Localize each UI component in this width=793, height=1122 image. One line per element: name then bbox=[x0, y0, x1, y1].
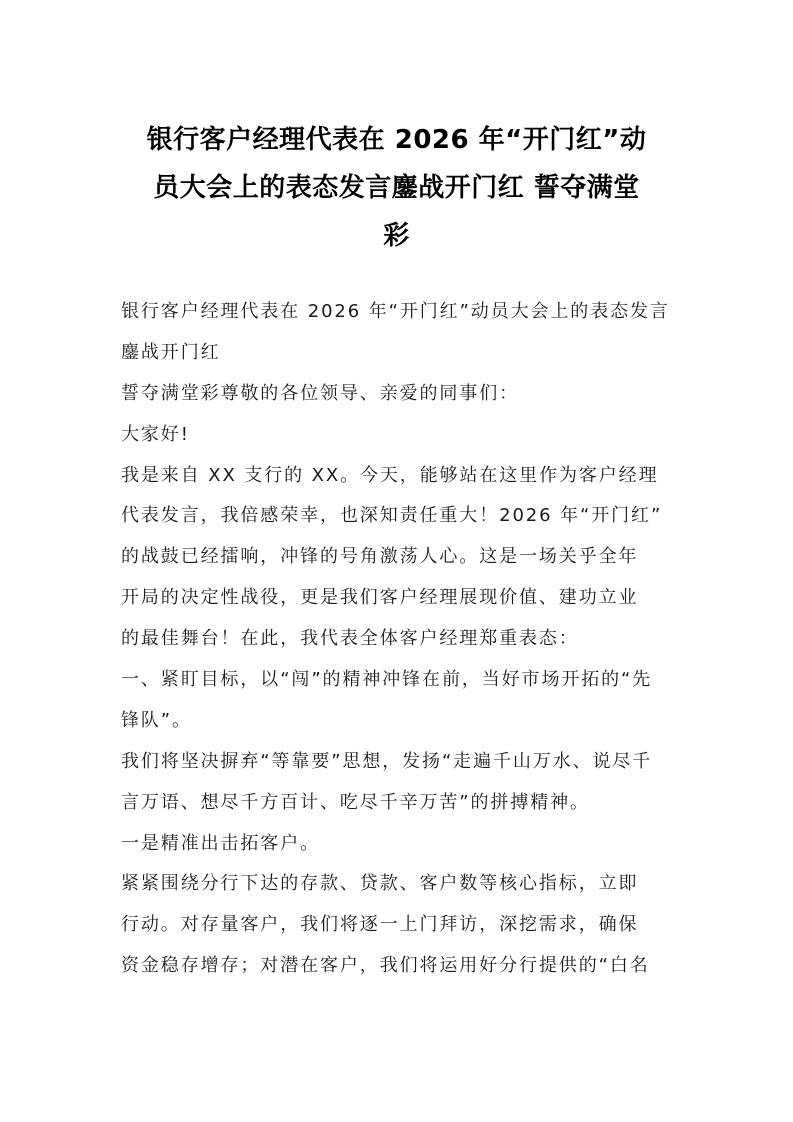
body-line: 代表发言，我倍感荣幸，也深知责任重大！2026 年“开门红” bbox=[121, 496, 681, 537]
body-line: 鏖战开门红 bbox=[121, 333, 681, 374]
body-line: 的最佳舞台！在此，我代表全体客户经理郑重表态： bbox=[121, 619, 681, 660]
body-line: 我们将坚决摒弃“等靠要”思想，发扬“走遍千山万水、说尽千 bbox=[121, 742, 681, 783]
section-heading-line: 一、紧盯目标，以“闯”的精神冲锋在前，当好市场开拓的“先 bbox=[121, 660, 681, 701]
body-line: 银行客户经理代表在 2026 年“开门红”动员大会上的表态发言 bbox=[121, 292, 681, 333]
body-line: 资金稳存增存；对潜在客户，我们将运用好分行提供的“白名 bbox=[121, 946, 681, 987]
body-line: 言万语、想尽千方百计、吃尽千辛万苦”的拼搏精神。 bbox=[121, 783, 681, 824]
salutation-line: 誓夺满堂彩尊敬的各位领导、亲爱的同事们： bbox=[121, 374, 681, 415]
body-line: 开局的决定性战役，更是我们客户经理展现价值、建功立业 bbox=[121, 578, 681, 619]
title-line: 银行客户经理代表在 2026 年“开门红”动 bbox=[100, 116, 693, 164]
document-body: 银行客户经理代表在 2026 年“开门红”动员大会上的表态发言 鏖战开门红 誓夺… bbox=[121, 292, 681, 987]
body-line: 行动。对存量客户，我们将逐一上门拜访，深挖需求，确保 bbox=[121, 905, 681, 946]
document-title: 银行客户经理代表在 2026 年“开门红”动 员大会上的表态发言鏖战开门红 誓夺… bbox=[100, 116, 693, 260]
document-page: 银行客户经理代表在 2026 年“开门红”动 员大会上的表态发言鏖战开门红 誓夺… bbox=[0, 0, 793, 1122]
body-line: 我是来自 XX 支行的 XX。今天，能够站在这里作为客户经理 bbox=[121, 456, 681, 497]
body-line: 的战鼓已经擂响，冲锋的号角激荡人心。这是一场关乎全年 bbox=[121, 537, 681, 578]
greeting-line: 大家好! bbox=[121, 415, 681, 456]
section-heading-line: 锋队”。 bbox=[121, 701, 681, 742]
title-line: 彩 bbox=[100, 212, 693, 260]
body-line: 紧紧围绕分行下达的存款、贷款、客户数等核心指标，立即 bbox=[121, 864, 681, 905]
subsection-heading-line: 一是精准出击拓客户。 bbox=[121, 824, 681, 865]
title-line: 员大会上的表态发言鏖战开门红 誓夺满堂 bbox=[100, 164, 693, 212]
